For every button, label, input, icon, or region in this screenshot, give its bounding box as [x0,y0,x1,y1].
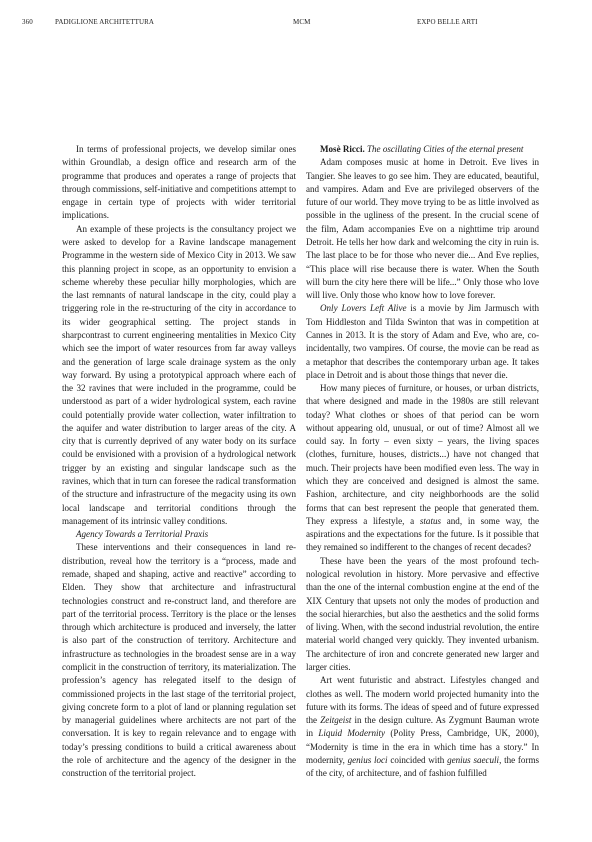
italic-term: status [420,516,441,526]
italic-term: genius loci [348,755,388,765]
paragraph: How many pieces of furniture, or houses,… [306,382,539,555]
italic-term: genius saeculi [447,755,499,765]
essay-title: The oscillating Cities of the eternal pr… [367,144,523,154]
paragraph: These interventions and their consequenc… [62,541,296,780]
paragraph: Only Lovers Left Alive is a movie by Jim… [306,302,539,382]
book-title: Liquid Modernity [318,728,385,738]
paragraph: Adam composes music at home in Detroit. … [306,156,539,302]
right-column: Mosè Ricci. The oscillating Cities of th… [306,143,539,781]
paragraph: In terms of professional projects, we de… [62,143,296,223]
paragraph: Art went futuristic and abstract. Lifest… [306,674,539,780]
film-title: Only Lovers Left Alive [320,303,406,313]
page-number: 360 [22,18,33,26]
italic-term: Zeitgeist [320,715,351,725]
header-left-title: PADIGLIONE ARCHITETTURA [55,18,154,26]
left-column: In terms of professional projects, we de… [62,143,296,781]
author-name: Mosè Ricci. [320,144,365,154]
running-header: 360 PADIGLIONE ARCHITETTURA MCM EXPO BEL… [0,18,592,30]
header-right-title: EXPO BELLE ARTI [417,18,478,26]
essay-heading: Mosè Ricci. The oscillating Cities of th… [306,143,539,156]
paragraph: An example of these projects is the cons… [62,223,296,528]
paragraph: These have been the years of the most pr… [306,555,539,675]
header-center-title: MCM [293,18,310,26]
section-subheading: Agency Towards a Territorial Praxis [62,528,296,541]
